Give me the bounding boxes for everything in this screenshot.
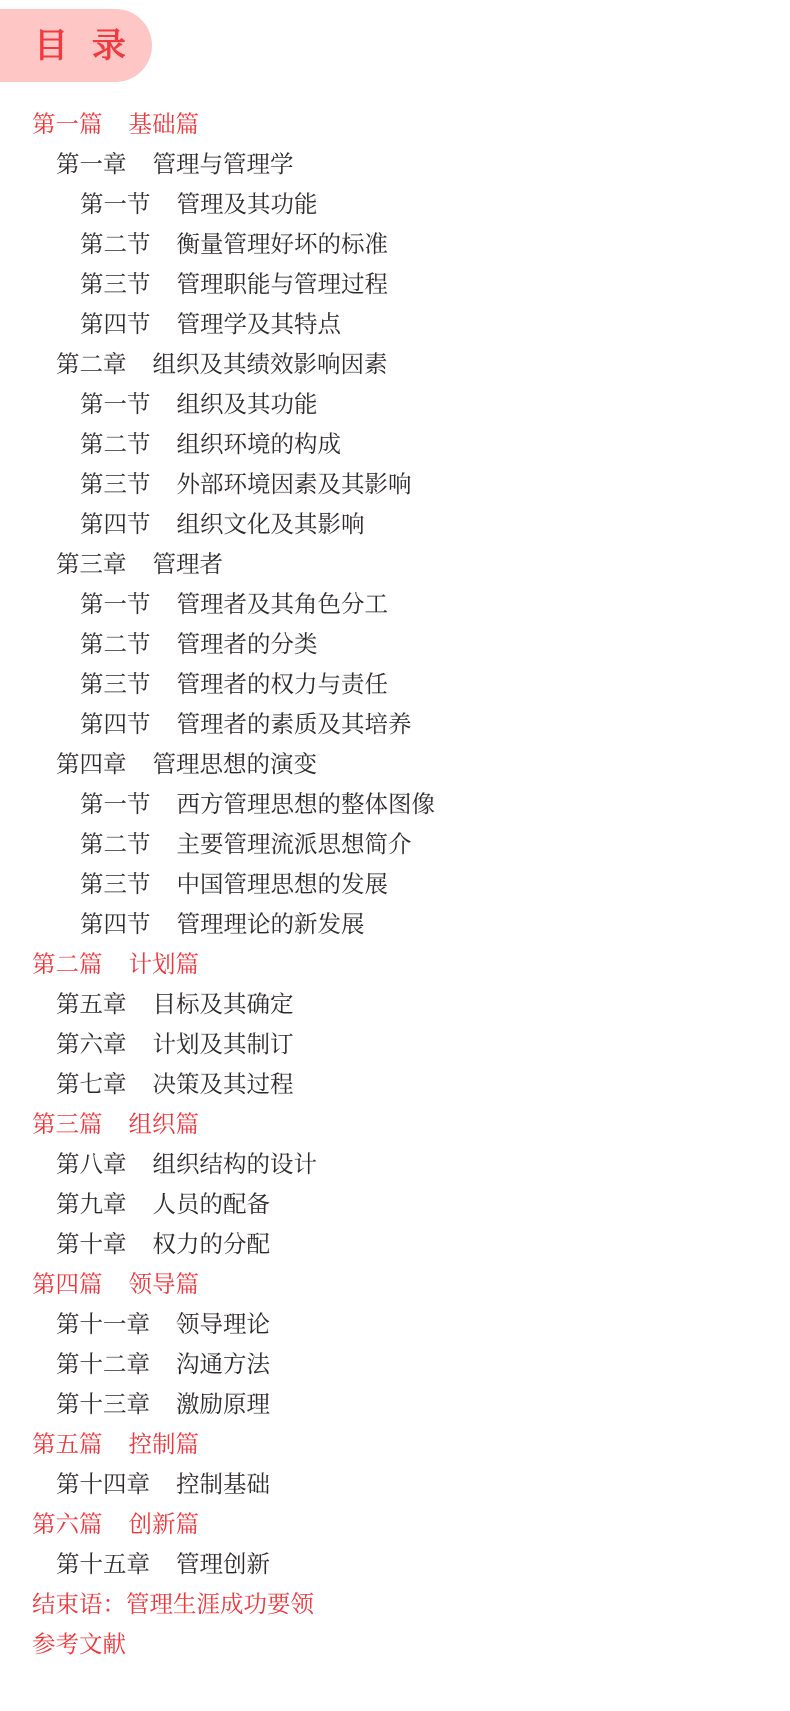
toc-item-title: 管理学及其特点 [177, 304, 342, 344]
toc-chapter-9[interactable]: 第九章人员的配备 [0, 1184, 790, 1224]
toc-item-title: 组织文化及其影响 [177, 504, 365, 544]
toc-item-title: 控制基础 [176, 1464, 270, 1504]
toc-item-title: 管理者及其角色分工 [177, 584, 389, 624]
toc-section[interactable]: 第四节管理理论的新发展 [0, 904, 790, 944]
toc-item-label: 第八章 [56, 1144, 127, 1184]
toc-item-label: 第一节 [80, 584, 151, 624]
toc-item-title: 衡量管理好坏的标准 [177, 224, 389, 264]
toc-chapter-3[interactable]: 第三章管理者 [0, 544, 790, 584]
toc-item-label: 第四节 [80, 704, 151, 744]
toc-item-label: 第一节 [80, 784, 151, 824]
toc-item-label: 第四节 [80, 504, 151, 544]
toc-chapter-13[interactable]: 第十三章激励原理 [0, 1384, 790, 1424]
toc-section[interactable]: 第四节组织文化及其影响 [0, 504, 790, 544]
toc-references[interactable]: 参考文献 [0, 1624, 790, 1664]
toc-chapter-12[interactable]: 第十二章沟通方法 [0, 1344, 790, 1384]
toc-section[interactable]: 第二节组织环境的构成 [0, 424, 790, 464]
toc-section[interactable]: 第一节组织及其功能 [0, 384, 790, 424]
toc-item-label: 结束语： [32, 1584, 126, 1624]
toc-item-title: 管理与管理学 [153, 144, 294, 184]
toc-item-label: 第七章 [56, 1064, 127, 1104]
toc-item-title: 管理者的素质及其培养 [177, 704, 412, 744]
toc-chapter-8[interactable]: 第八章组织结构的设计 [0, 1144, 790, 1184]
toc-chapter-11[interactable]: 第十一章领导理论 [0, 1304, 790, 1344]
toc-item-label: 第三节 [80, 464, 151, 504]
toc-item-label: 第二篇 [32, 944, 103, 984]
toc-item-title: 创新篇 [129, 1504, 200, 1544]
toc-item-title: 激励原理 [176, 1384, 270, 1424]
toc-chapter-1[interactable]: 第一章管理与管理学 [0, 144, 790, 184]
toc-item-label: 第一节 [80, 384, 151, 424]
toc-item-title: 管理及其功能 [177, 184, 318, 224]
toc-header: 目 录 [0, 9, 152, 82]
toc-chapter-2[interactable]: 第二章组织及其绩效影响因素 [0, 344, 790, 384]
toc-item-title: 计划篇 [129, 944, 200, 984]
toc-item-title: 目标及其确定 [153, 984, 294, 1024]
toc-item-label: 第十章 [56, 1224, 127, 1264]
toc-item-title: 沟通方法 [176, 1344, 270, 1384]
toc-section[interactable]: 第四节管理学及其特点 [0, 304, 790, 344]
toc-item-title: 基础篇 [129, 104, 200, 144]
toc-part-5[interactable]: 第五篇控制篇 [0, 1424, 790, 1464]
toc-part-4[interactable]: 第四篇领导篇 [0, 1264, 790, 1304]
toc-item-label: 第三篇 [32, 1104, 103, 1144]
toc-item-title: 管理创新 [176, 1544, 270, 1584]
toc-item-label: 第四章 [56, 744, 127, 784]
toc-section[interactable]: 第一节管理及其功能 [0, 184, 790, 224]
toc-item-title: 人员的配备 [153, 1184, 271, 1224]
toc-item-title: 控制篇 [129, 1424, 200, 1464]
toc-part-3[interactable]: 第三篇组织篇 [0, 1104, 790, 1144]
toc-item-label: 第四节 [80, 904, 151, 944]
toc-section[interactable]: 第三节管理职能与管理过程 [0, 264, 790, 304]
toc-item-title: 权力的分配 [153, 1224, 271, 1264]
toc-item-title: 管理生涯成功要领 [126, 1584, 314, 1624]
toc-item-title: 组织篇 [129, 1104, 200, 1144]
toc-item-label: 第二节 [80, 424, 151, 464]
toc-item-label: 第三节 [80, 264, 151, 304]
toc-title: 目 录 [34, 29, 132, 63]
toc-item-label: 第三章 [56, 544, 127, 584]
toc-item-title: 组织结构的设计 [153, 1144, 318, 1184]
toc-item-title: 组织环境的构成 [177, 424, 342, 464]
toc-item-label: 第九章 [56, 1184, 127, 1224]
toc-item-title: 组织及其功能 [177, 384, 318, 424]
toc-item-title: 主要管理流派思想简介 [177, 824, 412, 864]
toc-item-title: 管理理论的新发展 [177, 904, 365, 944]
toc-item-label: 第二节 [80, 824, 151, 864]
toc-item-label: 第二节 [80, 624, 151, 664]
toc-item-title: 管理思想的演变 [153, 744, 318, 784]
toc-item-title: 外部环境因素及其影响 [177, 464, 412, 504]
toc-item-label: 第十四章 [56, 1464, 150, 1504]
toc-section[interactable]: 第三节中国管理思想的发展 [0, 864, 790, 904]
toc-list: 第一篇基础篇 第一章管理与管理学 第一节管理及其功能 第二节衡量管理好坏的标准 … [0, 104, 790, 1664]
toc-item-label: 第五篇 [32, 1424, 103, 1464]
toc-chapter-6[interactable]: 第六章计划及其制订 [0, 1024, 790, 1064]
toc-section[interactable]: 第一节管理者及其角色分工 [0, 584, 790, 624]
toc-section[interactable]: 第二节主要管理流派思想简介 [0, 824, 790, 864]
toc-item-title: 中国管理思想的发展 [177, 864, 389, 904]
toc-item-title: 领导篇 [129, 1264, 200, 1304]
toc-item-label: 第二节 [80, 224, 151, 264]
toc-item-title: 领导理论 [176, 1304, 270, 1344]
toc-item-label: 参考文献 [32, 1624, 126, 1664]
toc-item-label: 第四篇 [32, 1264, 103, 1304]
toc-section[interactable]: 第二节管理者的分类 [0, 624, 790, 664]
toc-item-label: 第十三章 [56, 1384, 150, 1424]
toc-section[interactable]: 第二节衡量管理好坏的标准 [0, 224, 790, 264]
toc-item-title: 管理者 [153, 544, 224, 584]
toc-chapter-5[interactable]: 第五章目标及其确定 [0, 984, 790, 1024]
toc-item-label: 第四节 [80, 304, 151, 344]
toc-item-title: 管理者的权力与责任 [177, 664, 389, 704]
toc-item-label: 第六章 [56, 1024, 127, 1064]
toc-chapter-7[interactable]: 第七章决策及其过程 [0, 1064, 790, 1104]
toc-section[interactable]: 第三节外部环境因素及其影响 [0, 464, 790, 504]
toc-item-label: 第一篇 [32, 104, 103, 144]
toc-item-label: 第十一章 [56, 1304, 150, 1344]
toc-chapter-4[interactable]: 第四章管理思想的演变 [0, 744, 790, 784]
toc-item-title: 管理者的分类 [177, 624, 318, 664]
toc-chapter-15[interactable]: 第十五章管理创新 [0, 1544, 790, 1584]
toc-item-title: 西方管理思想的整体图像 [177, 784, 436, 824]
toc-part-1[interactable]: 第一篇基础篇 [0, 104, 790, 144]
toc-item-label: 第五章 [56, 984, 127, 1024]
toc-chapter-10[interactable]: 第十章权力的分配 [0, 1224, 790, 1264]
toc-chapter-14[interactable]: 第十四章控制基础 [0, 1464, 790, 1504]
toc-item-title: 决策及其过程 [153, 1064, 294, 1104]
toc-item-label: 第十二章 [56, 1344, 150, 1384]
toc-section[interactable]: 第一节西方管理思想的整体图像 [0, 784, 790, 824]
toc-section[interactable]: 第三节管理者的权力与责任 [0, 664, 790, 704]
toc-section[interactable]: 第四节管理者的素质及其培养 [0, 704, 790, 744]
toc-item-label: 第三节 [80, 664, 151, 704]
toc-item-title: 计划及其制订 [153, 1024, 294, 1064]
toc-item-label: 第三节 [80, 864, 151, 904]
toc-item-label: 第一节 [80, 184, 151, 224]
toc-item-label: 第一章 [56, 144, 127, 184]
toc-item-label: 第六篇 [32, 1504, 103, 1544]
toc-item-label: 第二章 [56, 344, 127, 384]
toc-item-label: 第十五章 [56, 1544, 150, 1584]
toc-item-title: 管理职能与管理过程 [177, 264, 389, 304]
toc-item-title: 组织及其绩效影响因素 [153, 344, 388, 384]
toc-conclusion[interactable]: 结束语：管理生涯成功要领 [0, 1584, 790, 1624]
toc-part-6[interactable]: 第六篇创新篇 [0, 1504, 790, 1544]
toc-part-2[interactable]: 第二篇计划篇 [0, 944, 790, 984]
